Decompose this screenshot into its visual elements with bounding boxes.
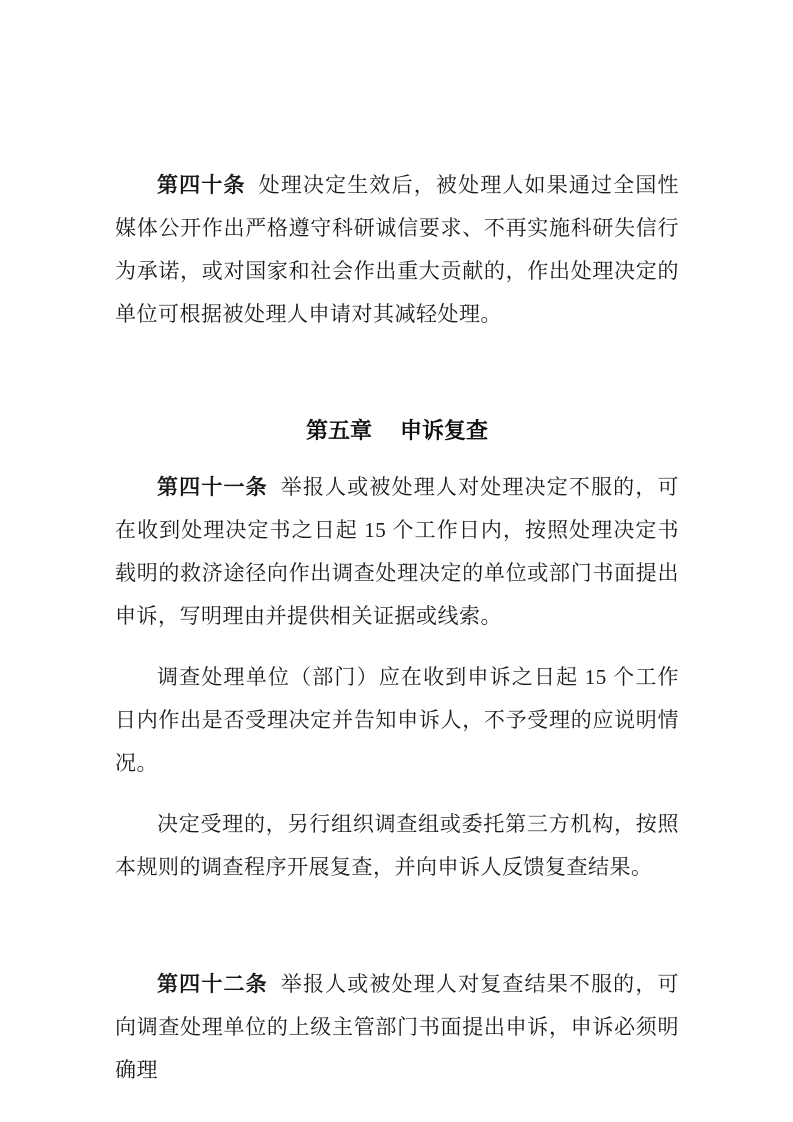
chapter-title: 申诉复查 (400, 418, 488, 443)
article-41-number: 第四十一条 (157, 475, 268, 499)
article-41-clause-3-text: 决定受理的，另行组织调查组或委托第三方机构，按照本规则的调查程序开展复查，并向申… (115, 812, 679, 879)
article-41-paragraph: 第四十一条举报人或被处理人对处理决定不服的，可在收到处理决定书之日起 15 个工… (115, 466, 679, 638)
article-40-number: 第四十条 (157, 173, 246, 197)
article-41-clause-2-text: 调查处理单位（部门）应在收到申诉之日起 15 个工作日内作出是否受理决定并告知申… (115, 665, 679, 775)
page-content: 第四十条处理决定生效后，被处理人如果通过全国性媒体公开作出严格遵守科研诚信要求、… (0, 0, 793, 1092)
article-41-clause-2-paragraph: 调查处理单位（部门）应在收到申诉之日起 15 个工作日内作出是否受理决定并告知申… (115, 656, 679, 785)
article-41-clause-3-paragraph: 决定受理的，另行组织调查组或委托第三方机构，按照本规则的调查程序开展复查，并向申… (115, 803, 679, 889)
article-42-paragraph: 第四十二条举报人或被处理人对复查结果不服的，可向调查处理单位的上级主管部门书面提… (115, 963, 679, 1092)
article-40-paragraph: 第四十条处理决定生效后，被处理人如果通过全国性媒体公开作出严格遵守科研诚信要求、… (115, 164, 679, 336)
chapter-number: 第五章 (306, 418, 372, 443)
document-page: 第四十条处理决定生效后，被处理人如果通过全国性媒体公开作出严格遵守科研诚信要求、… (0, 0, 793, 1122)
chapter-heading: 第五章申诉复查 (115, 409, 679, 452)
article-42-number: 第四十二条 (157, 972, 268, 996)
